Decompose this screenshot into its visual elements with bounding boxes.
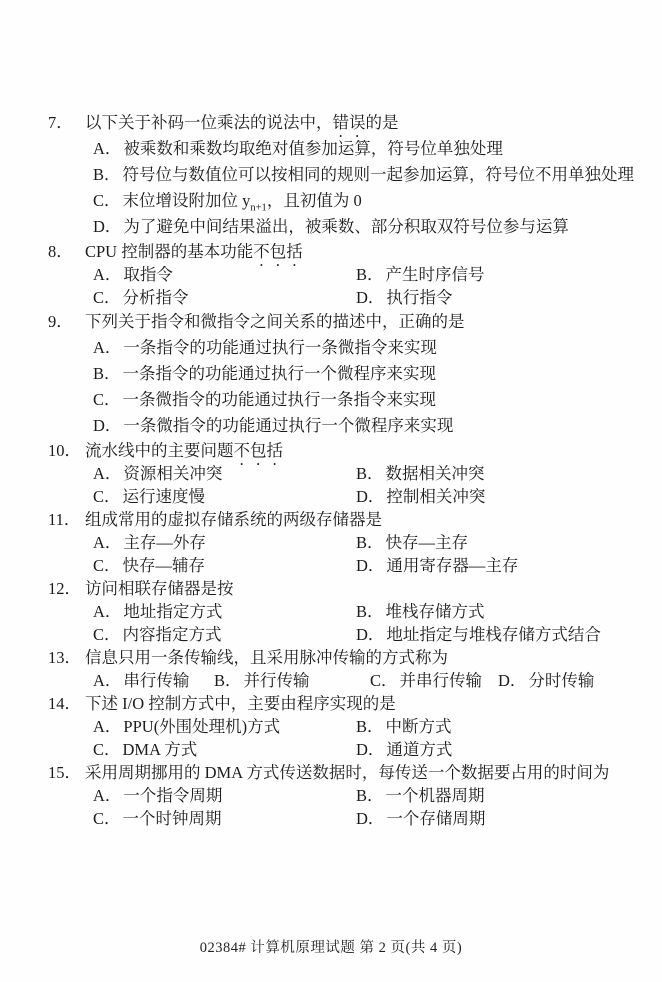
question-stem-line: 13．信息只用一条传输线，且采用脉冲传输的方式称为 [48,646,642,669]
option-label: B． [93,364,121,383]
option-d: D．为了避免中间结果溢出，被乘数、部分积取双符号位参与运算 [93,217,569,236]
option-text: 控制相关冲突 [386,487,485,506]
option-label: D． [356,487,384,506]
option-line: A．被乘数和乘数均取绝对值参加运算，符号位单独处理 [48,136,642,162]
question-number: 13． [48,646,85,669]
option-line: A．主存—外存B．快存—主存 [48,531,642,554]
option-text: 一条微指令的功能通过执行一条指令来实现 [123,390,437,409]
option-label: C． [93,487,121,506]
question-stem: 流水线中的主要问题不包括 [85,441,283,460]
option-label: A． [93,717,121,736]
option-label: A． [93,338,121,357]
question-11: 11．组成常用的虚拟存储系统的两级存储器是A．主存—外存B．快存—主存C．快存—… [48,508,642,577]
option-text: 一条指令的功能通过执行一个微程序来实现 [123,364,437,383]
option-text: 资源相关冲突 [123,464,222,483]
option-c: C．运行速度慢 [93,485,356,508]
question-list: 7．以下关于补码一位乘法的说法中，错误的是A．被乘数和乘数均取绝对值参加运算，符… [48,110,642,830]
question-7: 7．以下关于补码一位乘法的说法中，错误的是A．被乘数和乘数均取绝对值参加运算，符… [48,110,642,240]
option-label: C． [93,288,121,307]
question-number: 11． [48,508,85,531]
option-label: B． [356,265,384,284]
question-stem: 采用周期挪用的 DMA 方式传送数据时，每传送一个数据要占用的时间为 [85,763,609,782]
question-stem: 下列关于指令和微指令之间关系的描述中，正确的是 [85,312,465,331]
option-text: 串行传输 [123,671,189,690]
option-text: 通用寄存器—主存 [386,556,518,575]
option-label: A． [93,602,121,621]
option-text: 产生时序信号 [386,265,485,284]
option-line: C．内容指定方式D．地址指定与堆栈存储方式结合 [48,623,642,646]
option-b: B．并行传输 [214,669,370,692]
question-number: 10． [48,439,85,462]
option-label: B． [356,464,384,483]
question-number: 15． [48,761,85,784]
option-text: 被乘数和乘数均取绝对值参加运算，符号位单独处理 [123,139,503,158]
option-line: A．地址指定方式B．堆栈存储方式 [48,600,642,623]
option-text: 数据相关冲突 [386,464,485,483]
option-label: A． [93,533,121,552]
option-label: C． [93,390,121,409]
option-text: 地址指定与堆栈存储方式结合 [386,625,601,644]
question-stem-line: 9．下列关于指令和微指令之间关系的描述中，正确的是 [48,309,642,335]
question-number: 7． [48,110,85,136]
option-label: C． [93,809,121,828]
option-label: A． [93,786,121,805]
question-stem-line: 12．访问相联存储器是按 [48,577,642,600]
question-stem: 以下关于补码一位乘法的说法中，错误的是 [85,113,399,132]
option-text: 快存—主存 [386,533,469,552]
emphasized-text: 错误 [333,113,366,132]
option-label: D． [356,809,384,828]
question-stem-line: 8．CPU 控制器的基本功能不包括 [48,240,642,263]
option-a: A．一条指令的功能通过执行一条微指令来实现 [93,338,437,357]
question-12: 12．访问相联存储器是按A．地址指定方式B．堆栈存储方式C．内容指定方式D．地址… [48,577,642,646]
question-9: 9．下列关于指令和微指令之间关系的描述中，正确的是A．一条指令的功能通过执行一条… [48,309,642,439]
option-label: C． [93,625,121,644]
option-b: B．一个机器周期 [356,784,485,807]
subscript-text: n+1 [250,202,266,213]
option-label: D． [356,556,384,575]
option-label: D． [93,416,121,435]
option-a: A．一个指令周期 [93,784,356,807]
option-label: B． [356,602,384,621]
option-label: A． [93,265,121,284]
option-label: B． [93,165,121,184]
exam-page: 7．以下关于补码一位乘法的说法中，错误的是A．被乘数和乘数均取绝对值参加运算，符… [0,0,662,982]
option-text: 一个指令周期 [123,786,222,805]
option-text: 一条微指令的功能通过执行一个微程序来实现 [123,416,453,435]
option-text: 为了避免中间结果溢出，被乘数、部分积取双符号位参与运算 [123,217,569,236]
option-b: B．产生时序信号 [356,263,485,286]
option-line: D．一条微指令的功能通过执行一个微程序来实现 [48,413,642,439]
option-text: 并行传输 [244,671,310,690]
option-text: 一条指令的功能通过执行一条微指令来实现 [123,338,437,357]
question-13: 13．信息只用一条传输线，且采用脉冲传输的方式称为A．串行传输B．并行传输C．并… [48,646,642,692]
question-stem: 信息只用一条传输线，且采用脉冲传输的方式称为 [85,648,448,667]
option-label: C． [93,191,121,210]
option-text: 执行指令 [386,288,452,307]
option-text: 一个机器周期 [386,786,485,805]
question-14: 14．下述 I/O 控制方式中，主要由程序实现的是A．PPU(外围处理机)方式B… [48,692,642,761]
option-text: 堆栈存储方式 [386,602,485,621]
option-a: A．取指令 [93,263,356,286]
option-d: D．一个存储周期 [356,807,485,830]
question-stem: 组成常用的虚拟存储系统的两级存储器是 [85,510,382,529]
page-footer: 02384# 计算机原理试题 第 2 页(共 4 页) [0,936,662,957]
option-text: 一个存储周期 [386,809,485,828]
option-d: D．控制相关冲突 [356,485,485,508]
question-stem-line: 7．以下关于补码一位乘法的说法中，错误的是 [48,110,642,136]
option-text: 快存—辅存 [123,556,206,575]
question-stem-line: 10．流水线中的主要问题不包括 [48,439,642,462]
emphasized-text: 不包括 [253,242,303,261]
option-text: 分时传输 [528,671,594,690]
option-a: A．串行传输 [93,669,214,692]
option-d: D．分时传输 [498,669,594,692]
option-c: C．并串行传输 [370,669,498,692]
option-c: C．一个时钟周期 [93,807,356,830]
option-line: A．串行传输B．并行传输C．并串行传输D．分时传输 [48,669,642,692]
question-number: 8． [48,240,85,263]
option-text: 取指令 [123,265,173,284]
option-a: A．被乘数和乘数均取绝对值参加运算，符号位单独处理 [93,139,503,158]
option-line: C．运行速度慢D．控制相关冲突 [48,485,642,508]
option-label: C． [93,740,121,759]
question-stem-line: 11．组成常用的虚拟存储系统的两级存储器是 [48,508,642,531]
option-text: 地址指定方式 [123,602,222,621]
question-8: 8．CPU 控制器的基本功能不包括A．取指令B．产生时序信号C．分析指令D．执行… [48,240,642,309]
option-line: C．一条微指令的功能通过执行一条指令来实现 [48,387,642,413]
option-line: A．一条指令的功能通过执行一条微指令来实现 [48,335,642,361]
option-label: A． [93,671,121,690]
option-text: 内容指定方式 [123,625,222,644]
option-c: C．末位增设附加位 yn+1，且初值为 0 [93,191,362,210]
option-d: D．一条微指令的功能通过执行一个微程序来实现 [93,416,453,435]
option-text: PPU(外围处理机)方式 [123,717,280,736]
option-c: C．快存—辅存 [93,554,356,577]
option-b: B．数据相关冲突 [356,462,485,485]
question-stem-line: 15．采用周期挪用的 DMA 方式传送数据时，每传送一个数据要占用的时间为 [48,761,642,784]
option-a: A．PPU(外围处理机)方式 [93,715,356,738]
option-label: B． [356,717,384,736]
question-stem: CPU 控制器的基本功能不包括 [85,242,303,261]
option-text: 主存—外存 [123,533,206,552]
option-text: 符号位与数值位可以按相同的规则一起参加运算，符号位不用单独处理 [123,165,635,184]
question-stem: 下述 I/O 控制方式中，主要由程序实现的是 [85,694,396,713]
question-number: 14． [48,692,85,715]
option-line: C．一个时钟周期D．一个存储周期 [48,807,642,830]
option-line: A．PPU(外围处理机)方式B．中断方式 [48,715,642,738]
option-a: A．地址指定方式 [93,600,356,623]
option-text: 分析指令 [123,288,189,307]
option-d: D．通道方式 [356,738,452,761]
option-label: D． [356,288,384,307]
option-label: B． [214,671,242,690]
option-c: C．一条微指令的功能通过执行一条指令来实现 [93,390,436,409]
option-c: C．DMA 方式 [93,738,356,761]
option-label: D． [498,671,526,690]
option-label: D． [93,217,121,236]
option-line: A．取指令B．产生时序信号 [48,263,642,286]
option-line: A．一个指令周期B．一个机器周期 [48,784,642,807]
option-label: A． [93,139,121,158]
option-text: DMA 方式 [123,740,198,759]
option-text: 通道方式 [386,740,452,759]
option-b: B．快存—主存 [356,531,468,554]
option-b: B．符号位与数值位可以按相同的规则一起参加运算，符号位不用单独处理 [93,165,634,184]
question-number: 12． [48,577,85,600]
option-b: B．一条指令的功能通过执行一个微程序来实现 [93,364,436,383]
option-label: B． [356,533,384,552]
option-line: C．分析指令D．执行指令 [48,286,642,309]
option-text: 一个时钟周期 [123,809,222,828]
option-d: D．地址指定与堆栈存储方式结合 [356,623,601,646]
footer-text: 02384# 计算机原理试题 第 2 页(共 4 页) [200,940,462,956]
option-label: A． [93,464,121,483]
option-line: C．快存—辅存D．通用寄存器—主存 [48,554,642,577]
option-c: C．分析指令 [93,286,356,309]
option-b: B．堆栈存储方式 [356,600,485,623]
option-label: D． [356,625,384,644]
option-label: B． [356,786,384,805]
option-a: A．主存—外存 [93,531,356,554]
option-label: C． [93,556,121,575]
option-label: C． [370,671,398,690]
option-c: C．内容指定方式 [93,623,356,646]
option-line: C．末位增设附加位 yn+1，且初值为 0 [48,188,642,214]
option-d: D．通用寄存器—主存 [356,554,518,577]
option-line: A．资源相关冲突B．数据相关冲突 [48,462,642,485]
option-b: B．中断方式 [356,715,452,738]
question-15: 15．采用周期挪用的 DMA 方式传送数据时，每传送一个数据要占用的时间为A．一… [48,761,642,830]
option-label: D． [356,740,384,759]
option-line: C．DMA 方式D．通道方式 [48,738,642,761]
option-line: B．符号位与数值位可以按相同的规则一起参加运算，符号位不用单独处理 [48,162,642,188]
question-10: 10．流水线中的主要问题不包括A．资源相关冲突B．数据相关冲突C．运行速度慢D．… [48,439,642,508]
option-line: B．一条指令的功能通过执行一个微程序来实现 [48,361,642,387]
option-text: 中断方式 [386,717,452,736]
question-stem: 访问相联存储器是按 [85,579,234,598]
option-line: D．为了避免中间结果溢出，被乘数、部分积取双符号位参与运算 [48,214,642,240]
option-a: A．资源相关冲突 [93,462,356,485]
option-d: D．执行指令 [356,286,452,309]
question-number: 9． [48,309,85,335]
option-text: 运行速度慢 [123,487,206,506]
option-text: 末位增设附加位 yn+1，且初值为 0 [123,191,362,210]
question-stem-line: 14．下述 I/O 控制方式中，主要由程序实现的是 [48,692,642,715]
option-text: 并串行传输 [400,671,483,690]
emphasized-text: 不包括 [234,441,284,460]
